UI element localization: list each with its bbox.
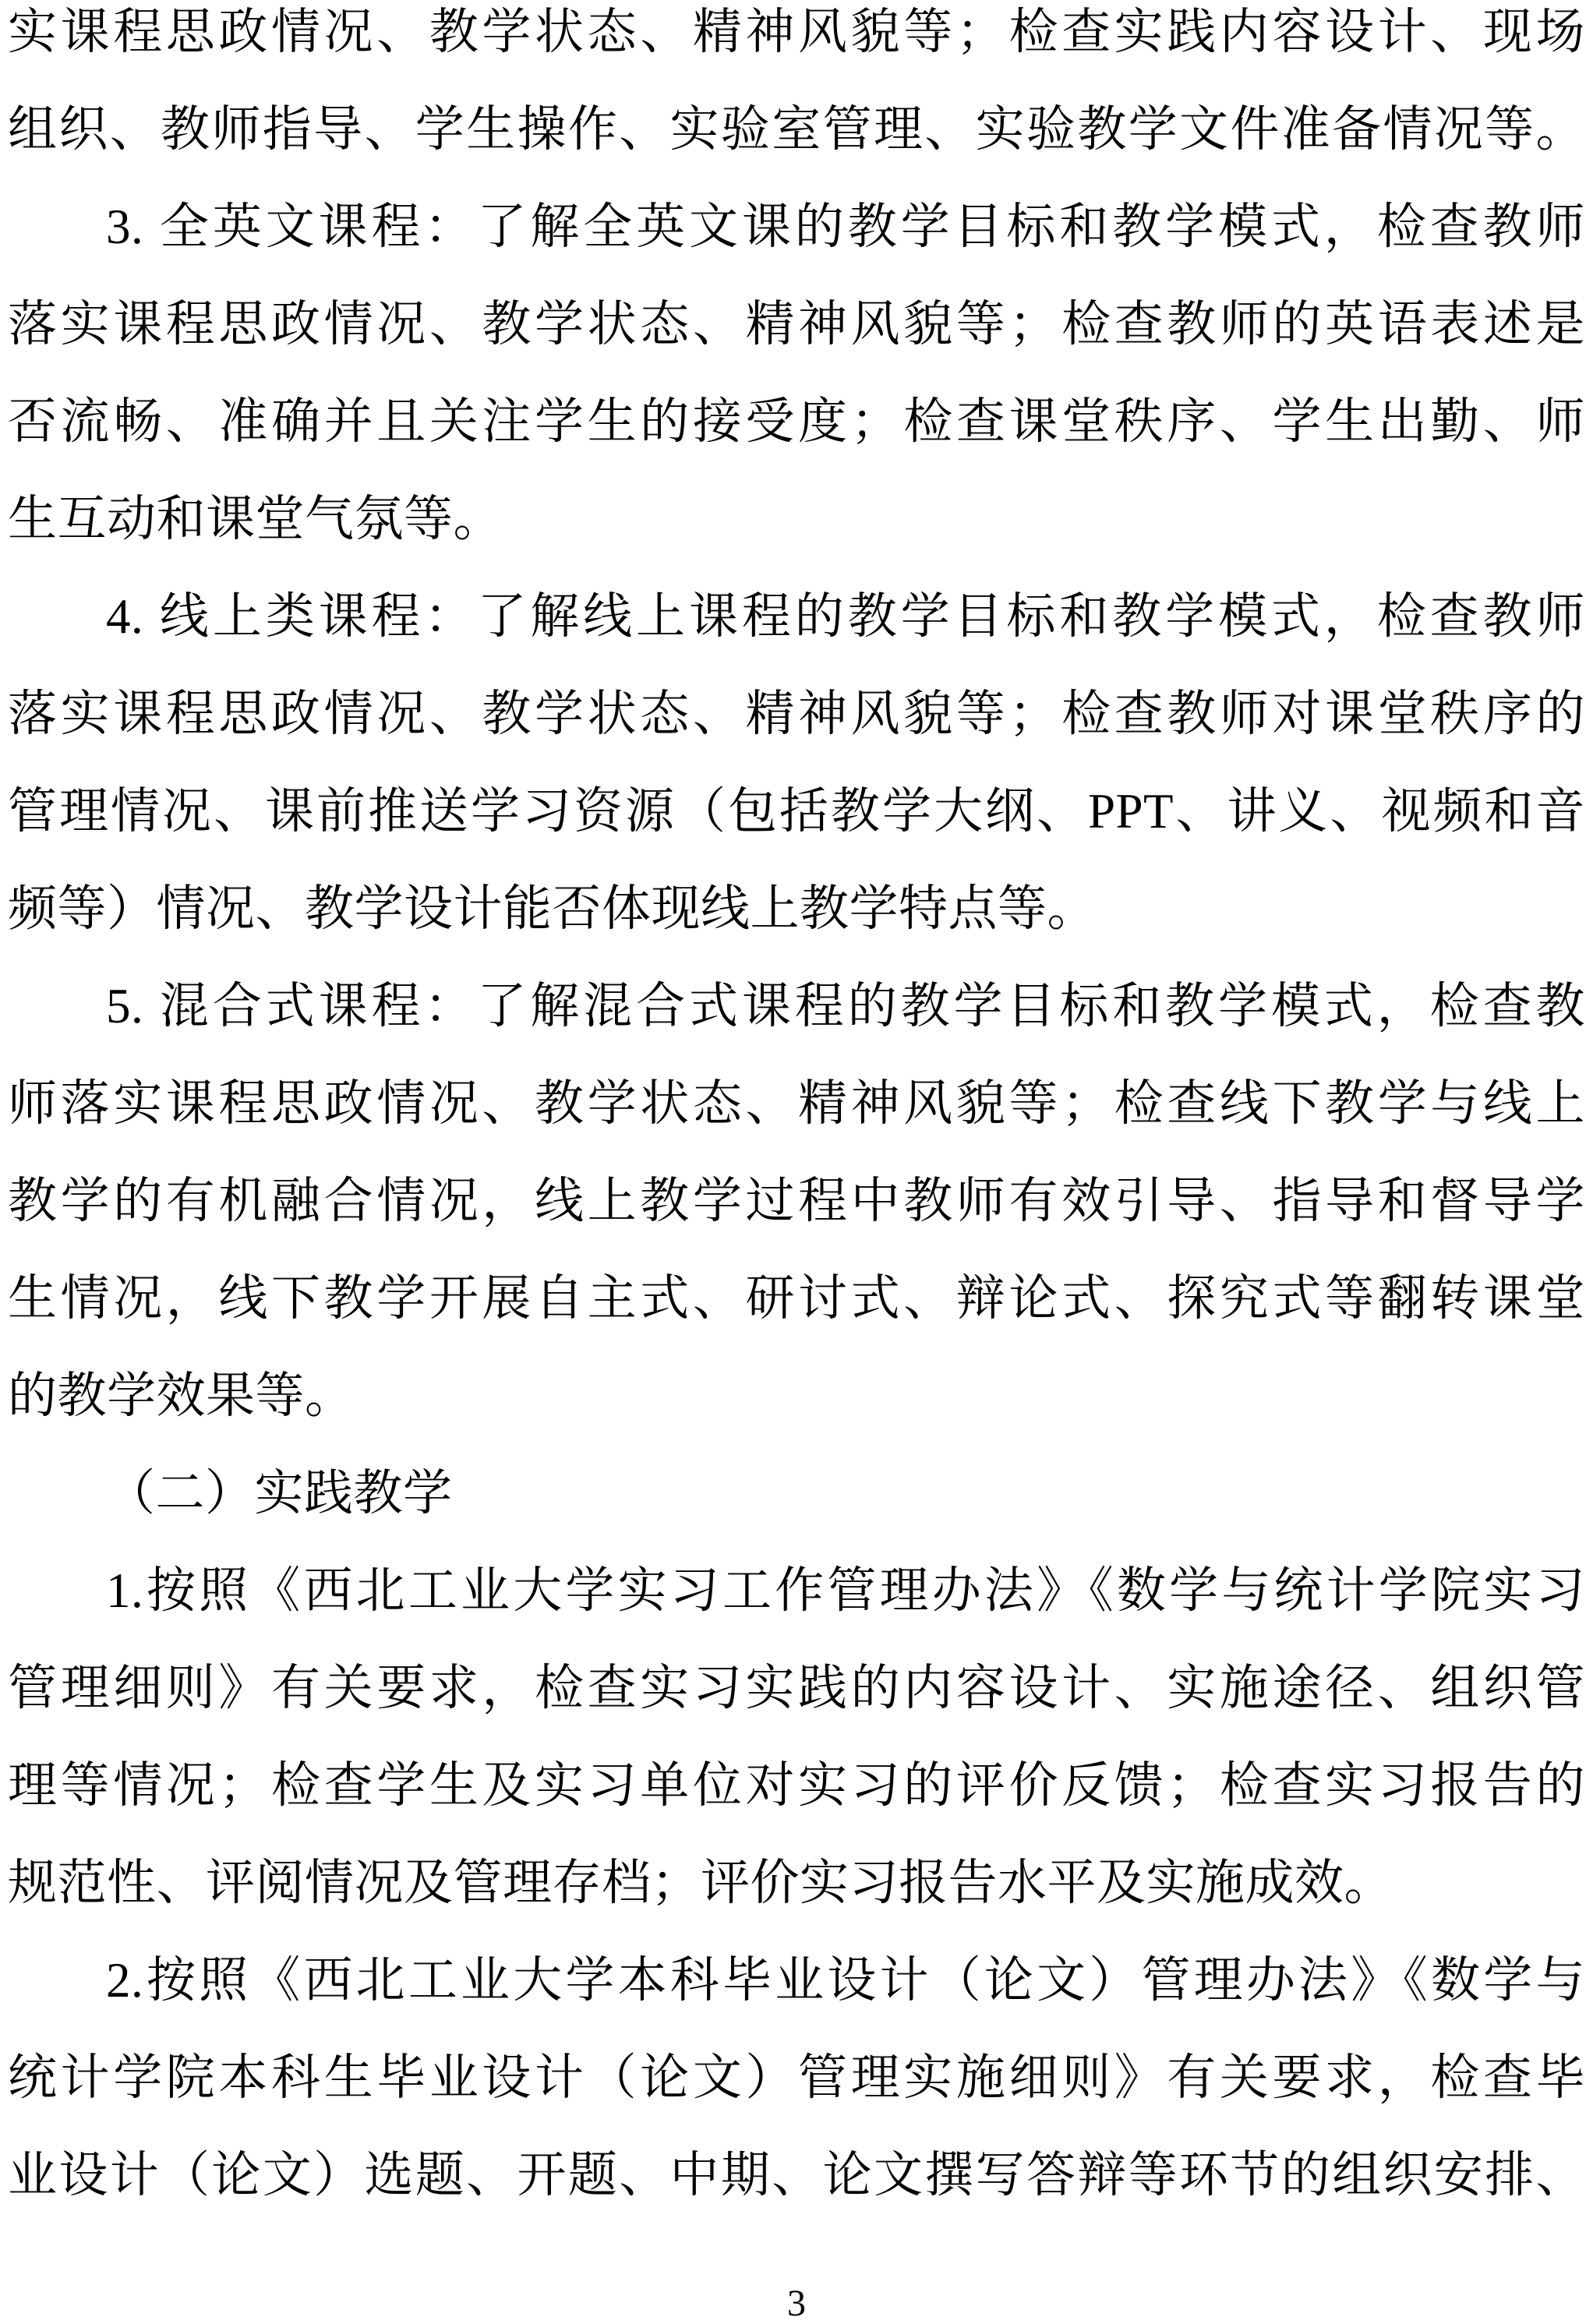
text-line: 实课程思政情况、教学状态、精神风貌等；检查实践内容设计、现场	[8, 0, 1585, 81]
text-line: 管理情况、课前推送学习资源（包括教学大纲、PPT、讲义、视频和音	[8, 763, 1585, 860]
text-line: 业设计（论文）选题、开题、中期、论文撰写答辩等环节的组织安排、	[8, 2127, 1585, 2224]
text-line: 管理细则》有关要求，检查实习实践的内容设计、实施途径、组织管	[8, 1640, 1585, 1737]
document-page: 实课程思政情况、教学状态、精神风貌等；检查实践内容设计、现场组织、教师指导、学生…	[0, 0, 1593, 2324]
page-footer: 3	[0, 2285, 1593, 2322]
text-line: 落实课程思政情况、教学状态、精神风貌等；检查教师对课堂秩序的	[8, 666, 1585, 763]
text-line: 的教学效果等。	[8, 1347, 1585, 1445]
text-line: 频等）情况、教学设计能否体现线上教学特点等。	[8, 860, 1585, 958]
text-line: 2.按照《西北工业大学本科毕业设计（论文）管理办法》《数学与	[8, 1932, 1585, 2029]
text-line: 生情况，线下教学开展自主式、研讨式、辩论式、探究式等翻转课堂	[8, 1250, 1585, 1347]
text-line: 组织、教师指导、学生操作、实验室管理、实验教学文件准备情况等。	[8, 81, 1585, 178]
text-line: 落实课程思政情况、教学状态、精神风貌等；检查教师的英语表述是	[8, 276, 1585, 373]
text-line: 4. 线上类课程：了解线上课程的教学目标和教学模式，检查教师	[8, 568, 1585, 666]
document-body: 实课程思政情况、教学状态、精神风貌等；检查实践内容设计、现场组织、教师指导、学生…	[8, 0, 1585, 2224]
text-line: 统计学院本科生毕业设计（论文）管理实施细则》有关要求，检查毕	[8, 2029, 1585, 2127]
text-line: （二）实践教学	[8, 1445, 1585, 1542]
text-line: 3. 全英文课程：了解全英文课的教学目标和教学模式，检查教师	[8, 178, 1585, 276]
text-line: 1.按照《西北工业大学实习工作管理办法》《数学与统计学院实习	[8, 1542, 1585, 1640]
text-line: 教学的有机融合情况，线上教学过程中教师有效引导、指导和督导学	[8, 1153, 1585, 1250]
text-line: 否流畅、准确并且关注学生的接受度；检查课堂秩序、学生出勤、师	[8, 373, 1585, 471]
text-line: 5. 混合式课程：了解混合式课程的教学目标和教学模式，检查教	[8, 958, 1585, 1055]
text-line: 师落实课程思政情况、教学状态、精神风貌等；检查线下教学与线上	[8, 1055, 1585, 1153]
text-line: 规范性、评阅情况及管理存档；评价实习报告水平及实施成效。	[8, 1835, 1585, 1932]
page-number: 3	[787, 2283, 806, 2324]
text-line: 生互动和课堂气氛等。	[8, 471, 1585, 568]
text-line: 理等情况；检查学生及实习单位对实习的评价反馈；检查实习报告的	[8, 1737, 1585, 1835]
